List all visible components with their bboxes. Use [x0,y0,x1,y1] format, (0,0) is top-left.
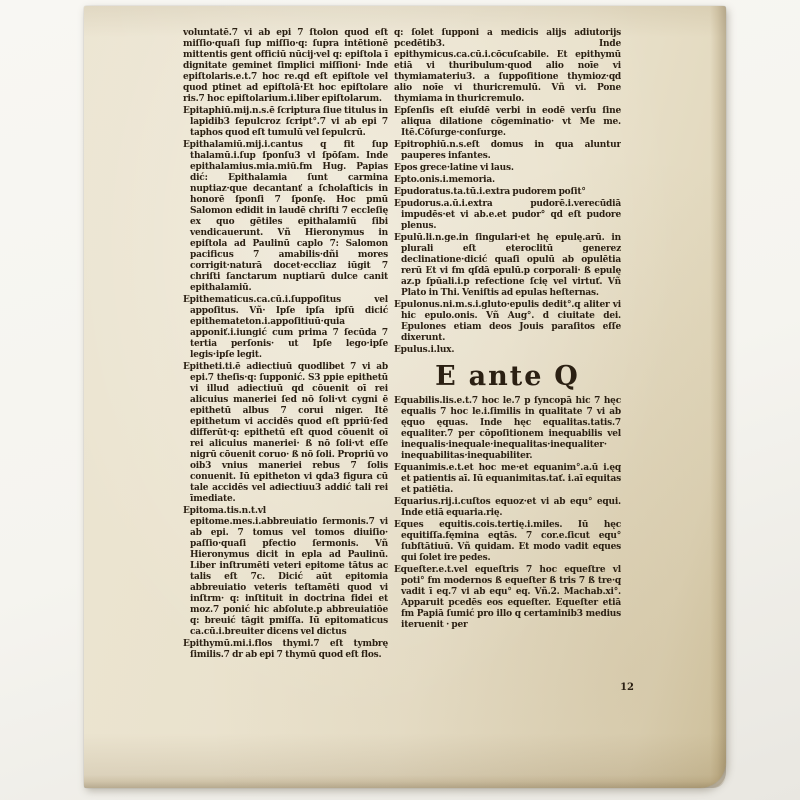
section-heading-e-ante-q: E ante Q [394,362,621,392]
dictionary-entry: Epulonus.ni.m.s.i.gluto·epulis dedit°.q … [394,300,621,344]
dictionary-entry: Equarius.rij.i.cuſtos equoz·et vi ab equ… [394,497,621,519]
dictionary-entry: Epos grece·latine vi laus. [394,163,621,174]
photo-backdrop: voluntatē.7 vi ab epi 7 ſtolon quod eſt … [0,0,800,800]
text-column-right: q: ſolet ſupponi a medicis alijs adiutor… [394,28,621,702]
dictionary-entry: Equabilis.lis.e.t.7 hoc le.7 p ſyncopā h… [394,396,621,462]
page-edge-bottom [84,775,726,788]
dictionary-entry: Epulū.li.n.ge.in ſingulari·et hę epulę.a… [394,233,621,299]
text-block: voluntatē.7 vi ab epi 7 ſtolon quod eſt … [183,28,621,702]
dictionary-entry: Epſenſis eſt eiuſdē verbi in eodē verſu … [394,106,621,139]
dictionary-entry: Epudorus.a.ū.i.extra pudorē.i.verecūdiā … [394,199,621,232]
dictionary-entry: voluntatē.7 vi ab epi 7 ſtolon quod eſt … [183,28,388,105]
dictionary-entry: Epithematicus.ca.cū.i.ſuppoſitus vel app… [183,295,388,361]
dictionary-entry: Epitoma.tis.n.t.vl epitome.mes.i.abbreui… [183,506,388,638]
page-signature: 12 [604,682,634,693]
dictionary-entry: Epithymū.mi.i.flos thymi.7 eſt tymbrę ſi… [183,639,388,661]
page-edge-right [710,6,726,788]
dictionary-entry: Epto.onis.i.memoria. [394,175,621,186]
dictionary-entry: Eques equitis.cois.tertię.i.miles. Iū hę… [394,520,621,564]
dictionary-entry: Epitaphiū.mij.n.s.ē ſcriptura ſiue titul… [183,106,388,139]
dictionary-entry: Epitheti.ti.ē adiectiuū quodlibet 7 vi a… [183,362,388,505]
text-column-left: voluntatē.7 vi ab epi 7 ſtolon quod eſt … [183,28,388,702]
dictionary-entry: Epulus.i.lux. [394,345,621,356]
dictionary-entry: Equeſter.e.t.vel equeſtris 7 hoc equeſtr… [394,565,621,631]
dictionary-entry: Epitrophiū.n.s.eſt domus in qua aluntur … [394,140,621,162]
dictionary-entry: Epithalamiū.mij.i.cantus q fit ſup thala… [183,140,388,294]
dictionary-entry: Equanimis.e.t.et hoc me·et equanim°.a.ū … [394,463,621,496]
dictionary-entry: Epudoratus.ta.tū.i.extra pudorem poſit° [394,187,621,198]
book-page: voluntatē.7 vi ab epi 7 ſtolon quod eſt … [84,6,726,788]
dictionary-entry: q: ſolet ſupponi a medicis alijs adiutor… [394,28,621,105]
